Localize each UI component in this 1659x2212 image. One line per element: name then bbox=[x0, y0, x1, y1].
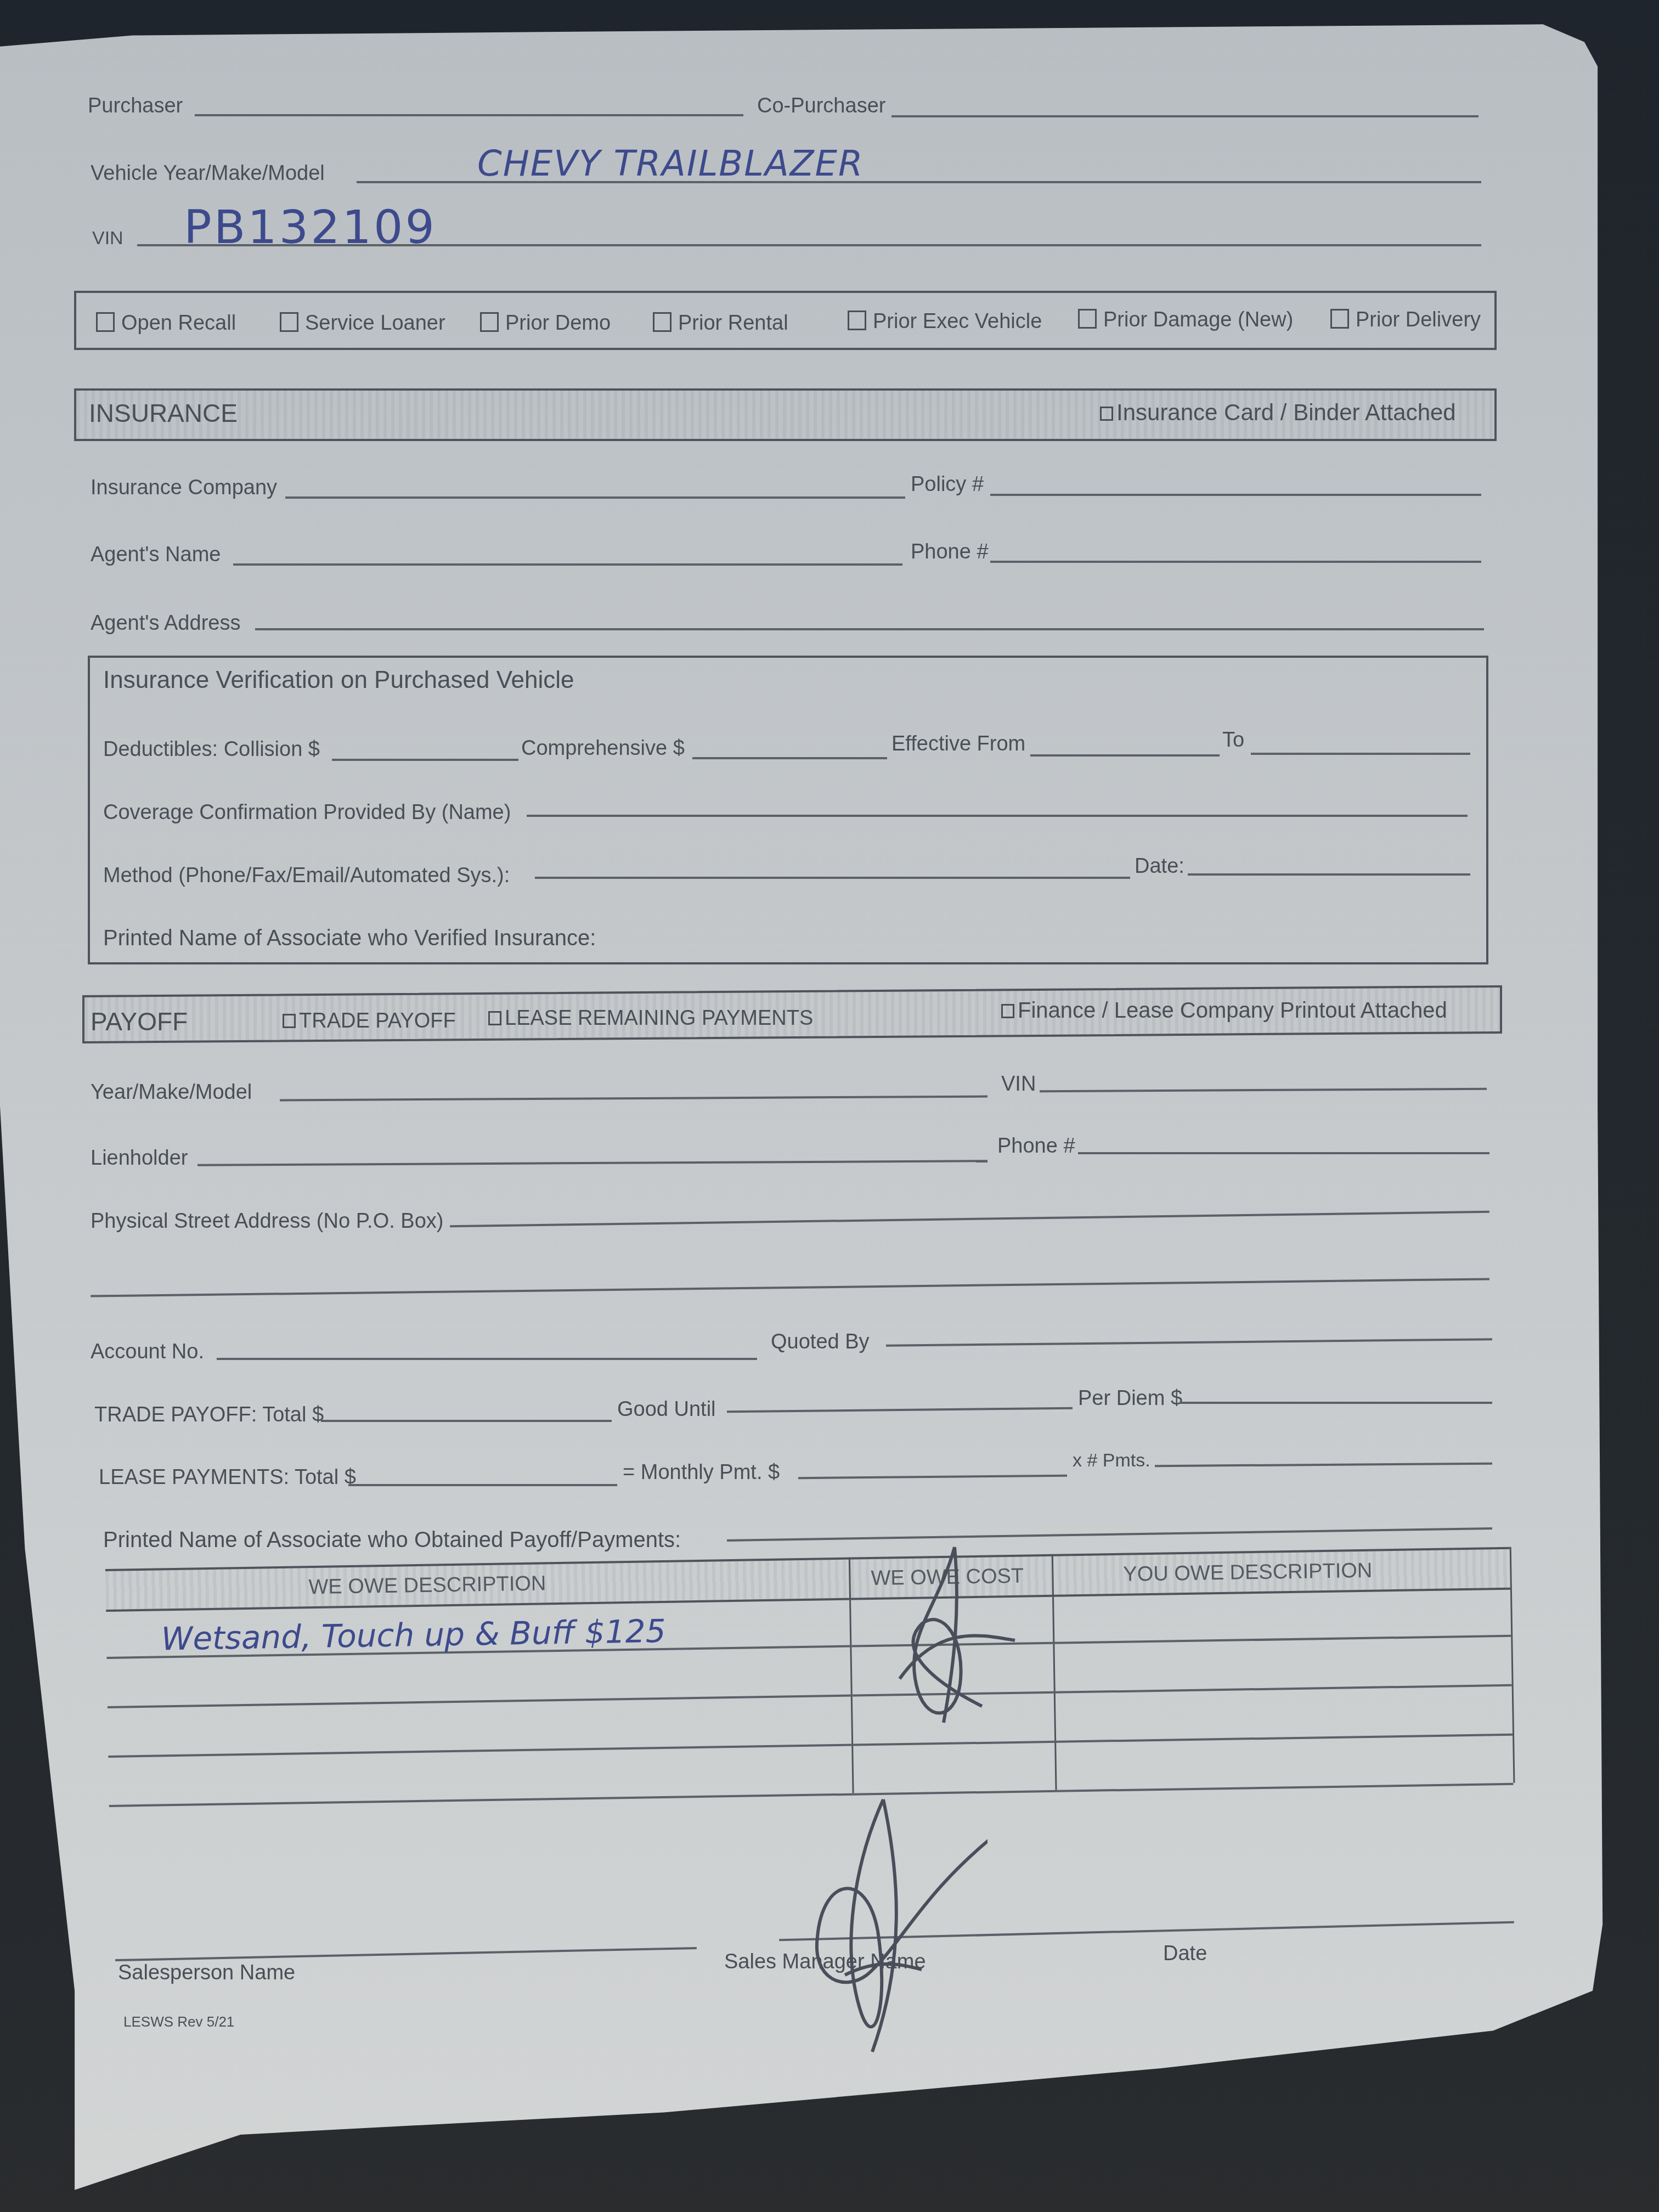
checkbox-icon[interactable] bbox=[1078, 309, 1097, 329]
lease-total-label: LEASE PAYMENTS: Total $ bbox=[99, 1466, 356, 1489]
coverage-confirmation-label: Coverage Confirmation Provided By (Name) bbox=[103, 801, 511, 825]
checkbox-icon[interactable] bbox=[653, 312, 672, 332]
lease-total-field[interactable] bbox=[348, 1484, 617, 1486]
insurance-company-field[interactable] bbox=[285, 496, 905, 499]
comprehensive-label: Comprehensive $ bbox=[521, 737, 685, 760]
per-diem-label: Per Diem $ bbox=[1078, 1387, 1182, 1410]
table-row[interactable] bbox=[108, 1684, 1512, 1708]
effective-from-field[interactable] bbox=[1030, 754, 1220, 757]
vin-handwritten-value: PB132109 bbox=[184, 200, 437, 254]
printout-attached-option[interactable]: Finance / Lease Company Printout Attache… bbox=[1001, 998, 1447, 1023]
printout-attached-label: Finance / Lease Company Printout Attache… bbox=[1018, 998, 1447, 1023]
checkbox-icon[interactable] bbox=[848, 311, 866, 330]
verification-date-field[interactable] bbox=[1188, 873, 1470, 876]
lienholder-label: Lienholder bbox=[91, 1147, 188, 1170]
form-revision: LESWS Rev 5/21 bbox=[123, 2013, 234, 2030]
flag-prior-rental[interactable]: Prior Rental bbox=[653, 312, 788, 335]
we-owe-description-header: WE OWE DESCRIPTION bbox=[308, 1572, 546, 1599]
account-no-field[interactable] bbox=[217, 1358, 757, 1360]
policy-field[interactable] bbox=[990, 494, 1481, 496]
flag-label: Prior Demo bbox=[505, 312, 611, 335]
purchaser-field[interactable] bbox=[195, 114, 743, 116]
method-field[interactable] bbox=[535, 877, 1130, 879]
verified-associate-label: Printed Name of Associate who Verified I… bbox=[103, 926, 596, 951]
per-diem-field[interactable] bbox=[1180, 1402, 1492, 1404]
trade-payoff-label: TRADE PAYOFF bbox=[299, 1009, 456, 1032]
account-no-label: Account No. bbox=[91, 1340, 204, 1364]
checkbox-icon[interactable] bbox=[1330, 309, 1349, 329]
checkbox-icon[interactable] bbox=[488, 1011, 501, 1025]
you-owe-description-header: YOU OWE DESCRIPTION bbox=[1123, 1559, 1373, 1587]
payoff-associate-label: Printed Name of Associate who Obtained P… bbox=[103, 1528, 681, 1553]
purchaser-label: Purchaser bbox=[88, 94, 183, 118]
initials-signature-icon bbox=[872, 1542, 1037, 1739]
policy-label: Policy # bbox=[911, 473, 984, 496]
lienholder-phone-label: Phone # bbox=[997, 1135, 1075, 1158]
effective-to-field[interactable] bbox=[1251, 753, 1470, 755]
flag-label: Open Recall bbox=[121, 312, 236, 335]
flag-prior-demo[interactable]: Prior Demo bbox=[480, 312, 611, 335]
flag-prior-delivery[interactable]: Prior Delivery bbox=[1330, 308, 1481, 332]
deductible-collision-field[interactable] bbox=[332, 759, 518, 761]
agent-name-label: Agent's Name bbox=[91, 543, 221, 567]
flag-label: Prior Exec Vehicle bbox=[873, 310, 1042, 333]
payoff-vin-label: VIN bbox=[1001, 1073, 1036, 1096]
payoff-ymm-label: Year/Make/Model bbox=[91, 1081, 252, 1104]
salesperson-name-label: Salesperson Name bbox=[118, 1961, 295, 1985]
we-owe-entry: Wetsand, Touch up & Buff $125 bbox=[161, 1612, 666, 1657]
insurance-card-attached[interactable]: Insurance Card / Binder Attached bbox=[1100, 399, 1456, 426]
verification-date-label: Date: bbox=[1135, 855, 1184, 878]
checkbox-icon[interactable] bbox=[1100, 407, 1113, 421]
flag-service-loaner[interactable]: Service Loaner bbox=[280, 312, 445, 335]
flag-label: Service Loaner bbox=[305, 312, 445, 335]
lienholder-phone-field[interactable] bbox=[1078, 1152, 1489, 1154]
flag-open-recall[interactable]: Open Recall bbox=[96, 312, 236, 335]
deductible-collision-label: Deductibles: Collision $ bbox=[103, 738, 320, 761]
trade-payoff-option[interactable]: TRADE PAYOFF bbox=[283, 1009, 456, 1033]
street-address-label: Physical Street Address (No P.O. Box) bbox=[91, 1210, 443, 1233]
payoff-title: PAYOFF bbox=[91, 1007, 188, 1036]
good-until-label: Good Until bbox=[617, 1398, 716, 1421]
lease-remaining-label: LEASE REMAINING PAYMENTS bbox=[505, 1007, 813, 1030]
verification-title: Insurance Verification on Purchased Vehi… bbox=[103, 667, 574, 694]
agent-phone-label: Phone # bbox=[911, 540, 989, 564]
checkbox-icon[interactable] bbox=[1001, 1004, 1014, 1018]
co-purchaser-label: Co-Purchaser bbox=[757, 94, 885, 118]
agent-address-label: Agent's Address bbox=[91, 612, 240, 635]
insurance-title: INSURANCE bbox=[89, 398, 238, 428]
agent-phone-field[interactable] bbox=[990, 561, 1481, 563]
vin-label: VIN bbox=[92, 228, 123, 249]
effective-from-label: Effective From bbox=[891, 732, 1025, 756]
agent-address-field[interactable] bbox=[255, 628, 1484, 630]
insurance-company-label: Insurance Company bbox=[91, 476, 277, 500]
date-label: Date bbox=[1163, 1942, 1207, 1966]
flag-label: Prior Delivery bbox=[1356, 308, 1481, 331]
checkbox-icon[interactable] bbox=[480, 312, 499, 332]
lease-remaining-option[interactable]: LEASE REMAINING PAYMENTS bbox=[488, 1007, 813, 1030]
coverage-confirmation-field[interactable] bbox=[527, 815, 1468, 817]
vehicle-label: Vehicle Year/Make/Model bbox=[91, 162, 325, 185]
table-row[interactable] bbox=[108, 1734, 1513, 1758]
agent-name-field[interactable] bbox=[233, 563, 902, 566]
co-purchaser-field[interactable] bbox=[891, 115, 1479, 117]
flag-label: Prior Rental bbox=[678, 312, 788, 335]
manager-signature-icon bbox=[757, 1794, 988, 2057]
checkbox-icon[interactable] bbox=[96, 312, 115, 332]
monthly-pmt-label: = Monthly Pmt. $ bbox=[623, 1461, 780, 1485]
vehicle-handwritten-value: CHEVY TRAILBLAZER bbox=[477, 144, 864, 184]
checkbox-icon[interactable] bbox=[283, 1014, 296, 1028]
checkbox-icon[interactable] bbox=[280, 312, 298, 332]
effective-to-label: To bbox=[1222, 729, 1244, 752]
method-label: Method (Phone/Fax/Email/Automated Sys.): bbox=[103, 864, 510, 888]
flag-prior-exec-vehicle[interactable]: Prior Exec Vehicle bbox=[848, 310, 1042, 334]
num-pmts-label: x # Pmts. bbox=[1073, 1450, 1150, 1471]
flag-label: Prior Damage (New) bbox=[1103, 308, 1293, 331]
flag-prior-damage[interactable]: Prior Damage (New) bbox=[1078, 308, 1293, 332]
trade-total-field[interactable] bbox=[321, 1420, 612, 1422]
trade-total-label: TRADE PAYOFF: Total $ bbox=[94, 1403, 324, 1427]
quoted-by-label: Quoted By bbox=[771, 1330, 870, 1354]
comprehensive-field[interactable] bbox=[692, 757, 887, 759]
insurance-card-label: Insurance Card / Binder Attached bbox=[1116, 399, 1456, 425]
